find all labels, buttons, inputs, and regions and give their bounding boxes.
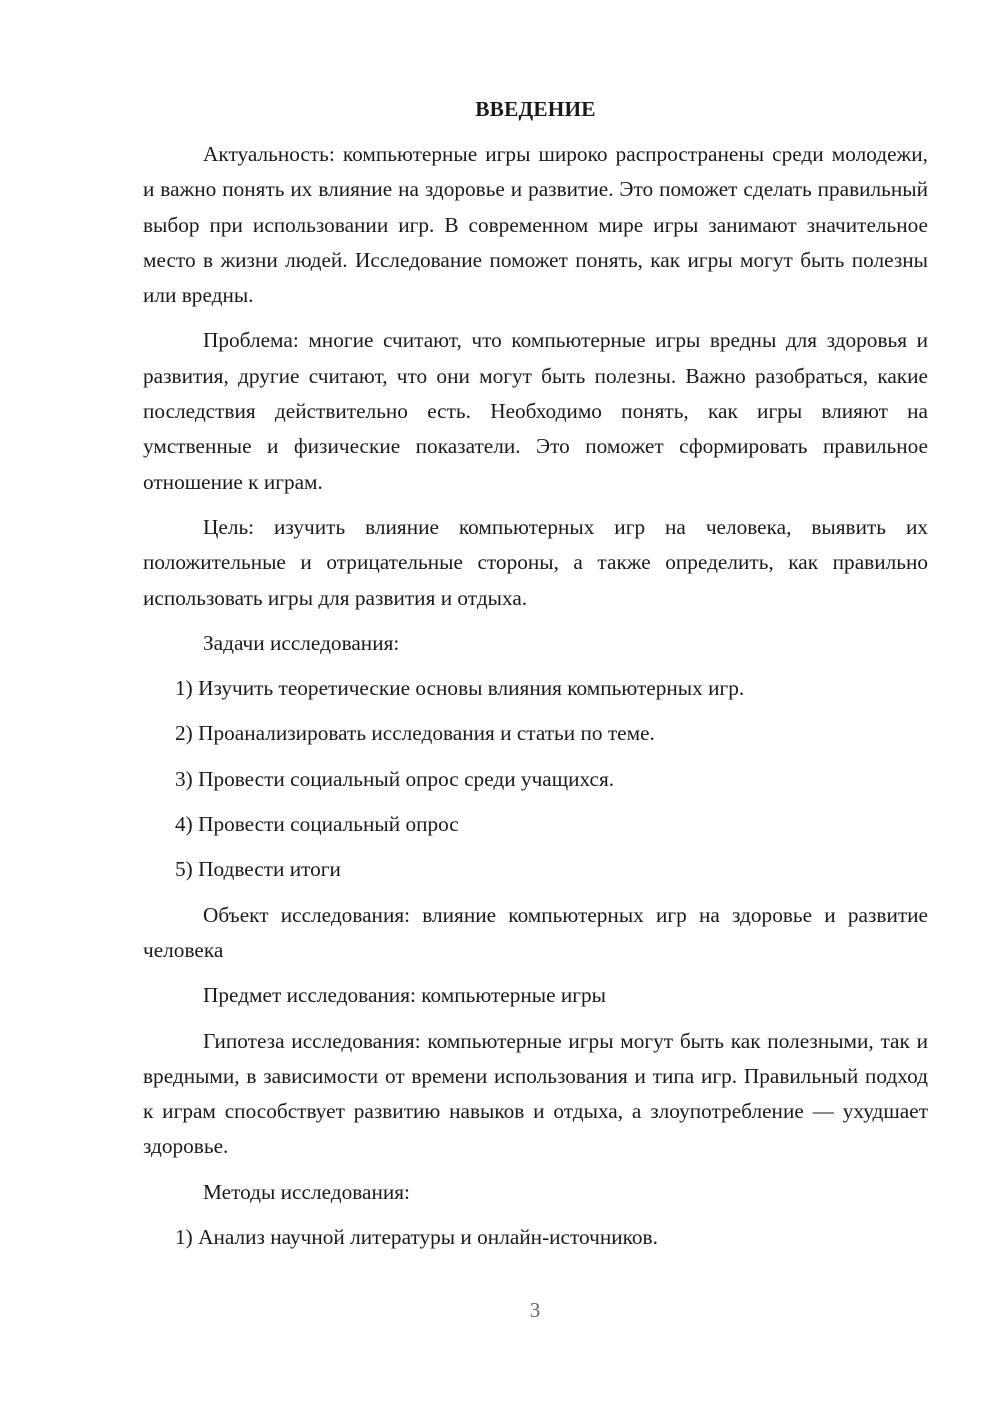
paragraph-problem: Проблема: многие считают, что компьютерн… bbox=[143, 323, 928, 499]
task-item-2: 2) Проанализировать исследования и стать… bbox=[143, 716, 928, 751]
paragraph-goal: Цель: изучить влияние компьютерных игр н… bbox=[143, 510, 928, 616]
paragraph-hypothesis: Гипотеза исследования: компьютерные игры… bbox=[143, 1024, 928, 1165]
task-item-3: 3) Провести социальный опрос среди учащи… bbox=[143, 762, 928, 797]
methods-heading: Методы исследования: bbox=[143, 1175, 928, 1210]
methods-list: 1) Анализ научной литературы и онлайн-ис… bbox=[143, 1220, 928, 1255]
method-item-1: 1) Анализ научной литературы и онлайн-ис… bbox=[143, 1220, 928, 1255]
tasks-heading: Задачи исследования: bbox=[143, 626, 928, 661]
tasks-list: 1) Изучить теоретические основы влияния … bbox=[143, 671, 928, 887]
task-item-5: 5) Подвести итоги bbox=[143, 852, 928, 887]
paragraph-relevance: Актуальность: компьютерные игры широко р… bbox=[143, 137, 928, 313]
task-item-4: 4) Провести социальный опрос bbox=[143, 807, 928, 842]
task-item-1: 1) Изучить теоретические основы влияния … bbox=[143, 671, 928, 706]
document-page: ВВЕДЕНИЕ Актуальность: компьютерные игры… bbox=[143, 92, 928, 1255]
paragraph-object: Объект исследования: влияние компьютерны… bbox=[143, 898, 928, 969]
page-number: 3 bbox=[0, 1298, 1000, 1323]
paragraph-subject: Предмет исследования: компьютерные игры bbox=[143, 978, 928, 1013]
section-title: ВВЕДЕНИЕ bbox=[143, 92, 928, 127]
